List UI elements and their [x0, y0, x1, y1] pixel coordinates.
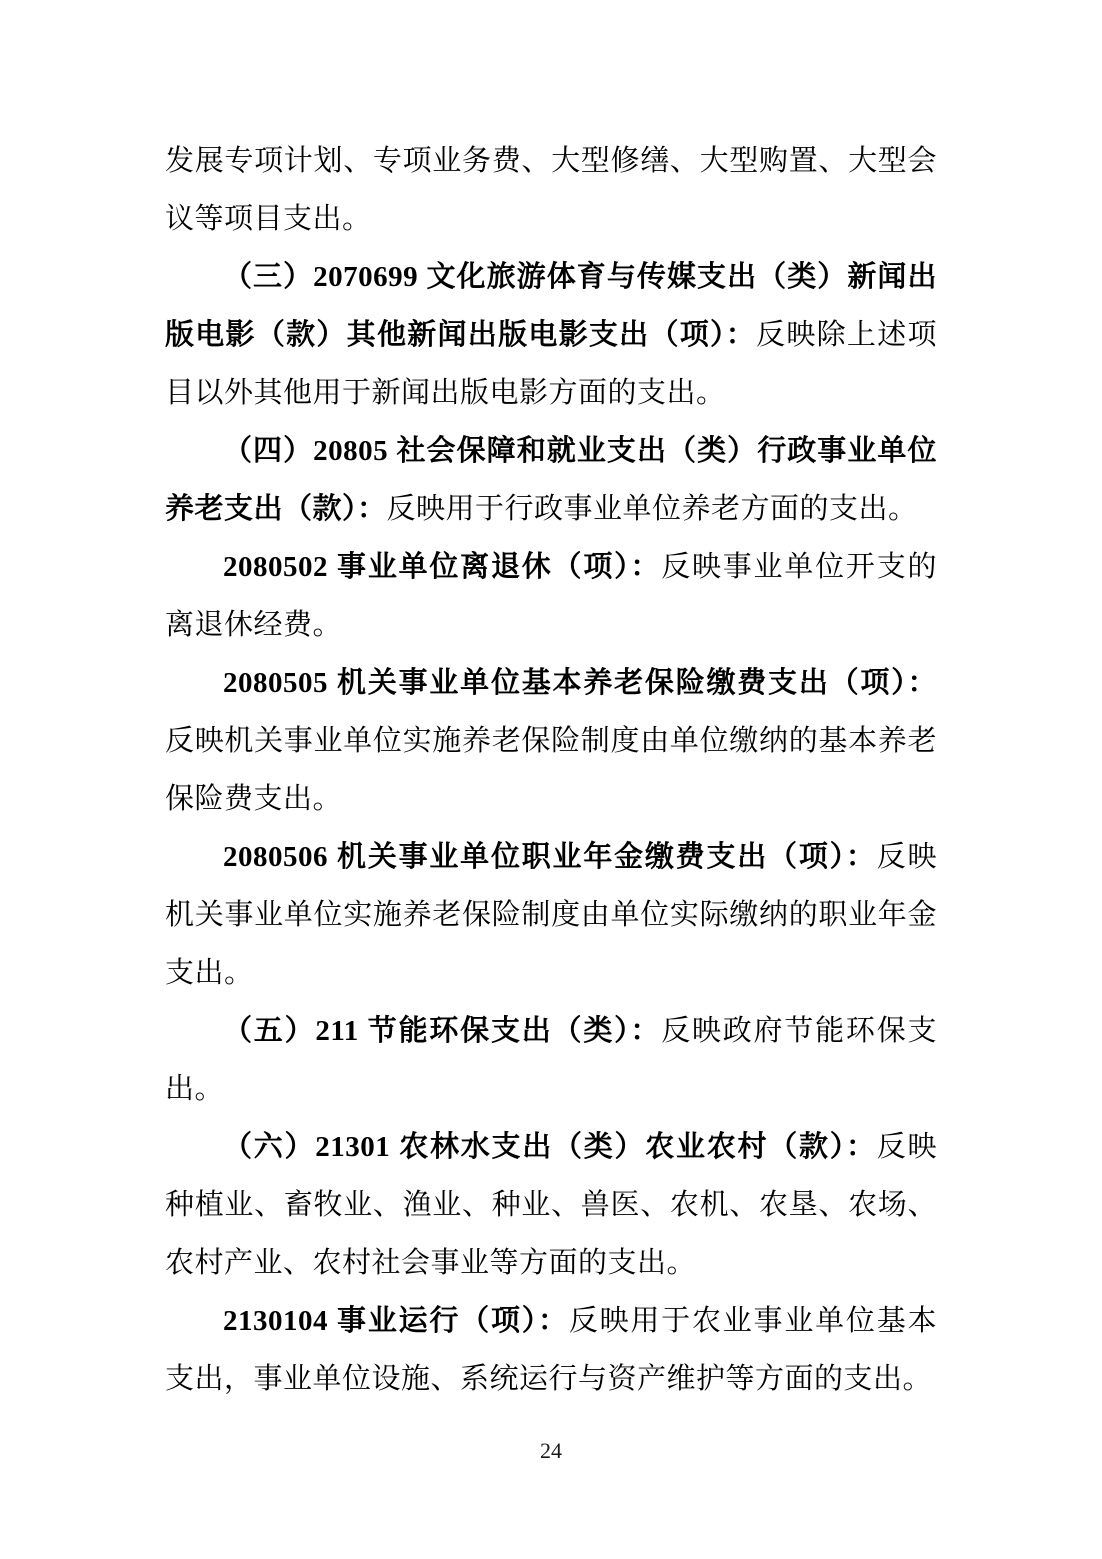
document-page: 发展专项计划、专项业务费、大型修缮、大型购置、大型会议等项目支出。（三）2070…	[0, 0, 1102, 1559]
document-body: 发展专项计划、专项业务费、大型修缮、大型购置、大型会议等项目支出。（三）2070…	[165, 132, 937, 1408]
paragraph: 发展专项计划、专项业务费、大型修缮、大型购置、大型会议等项目支出。	[165, 132, 937, 248]
paragraph: 2080502 事业单位离退休（项）：反映事业单位开支的离退休经费。	[165, 538, 937, 654]
paragraph: （三）2070699 文化旅游体育与传媒支出（类）新闻出版电影（款）其他新闻出版…	[165, 248, 937, 422]
paragraph: 2130104 事业运行（项）：反映用于农业事业单位基本支出，事业单位设施、系统…	[165, 1292, 937, 1408]
paragraph: （六）21301 农林水支出（类）农业农村（款）：反映种植业、畜牧业、渔业、种业…	[165, 1118, 937, 1292]
heading-segment: 2080502 事业单位离退休（项）：	[223, 551, 661, 583]
heading-segment: （六）21301 农林水支出（类）农业农村（款）：	[223, 1131, 877, 1163]
heading-segment: 2080506 机关事业单位职业年金缴费支出（项）：	[223, 841, 877, 873]
text-segment: 反映用于行政事业单位养老方面的支出。	[387, 493, 918, 525]
heading-segment: 2080505 机关事业单位基本养老保险缴费支出（项）：	[223, 667, 937, 699]
paragraph: 2080505 机关事业单位基本养老保险缴费支出（项）：反映机关事业单位实施养老…	[165, 654, 937, 828]
text-segment: 发展专项计划、专项业务费、大型修缮、大型购置、大型会议等项目支出。	[165, 145, 937, 235]
text-segment: 反映机关事业单位实施养老保险制度由单位缴纳的基本养老保险费支出。	[165, 725, 937, 815]
heading-segment: （五）211 节能环保支出（类）：	[223, 1015, 661, 1047]
page-number: 24	[0, 1438, 1102, 1464]
heading-segment: 2130104 事业运行（项）：	[223, 1305, 569, 1337]
paragraph: 2080506 机关事业单位职业年金缴费支出（项）：反映机关事业单位实施养老保险…	[165, 828, 937, 1002]
paragraph: （四）20805 社会保障和就业支出（类）行政事业单位养老支出（款）：反映用于行…	[165, 422, 937, 538]
paragraph: （五）211 节能环保支出（类）：反映政府节能环保支出。	[165, 1002, 937, 1118]
